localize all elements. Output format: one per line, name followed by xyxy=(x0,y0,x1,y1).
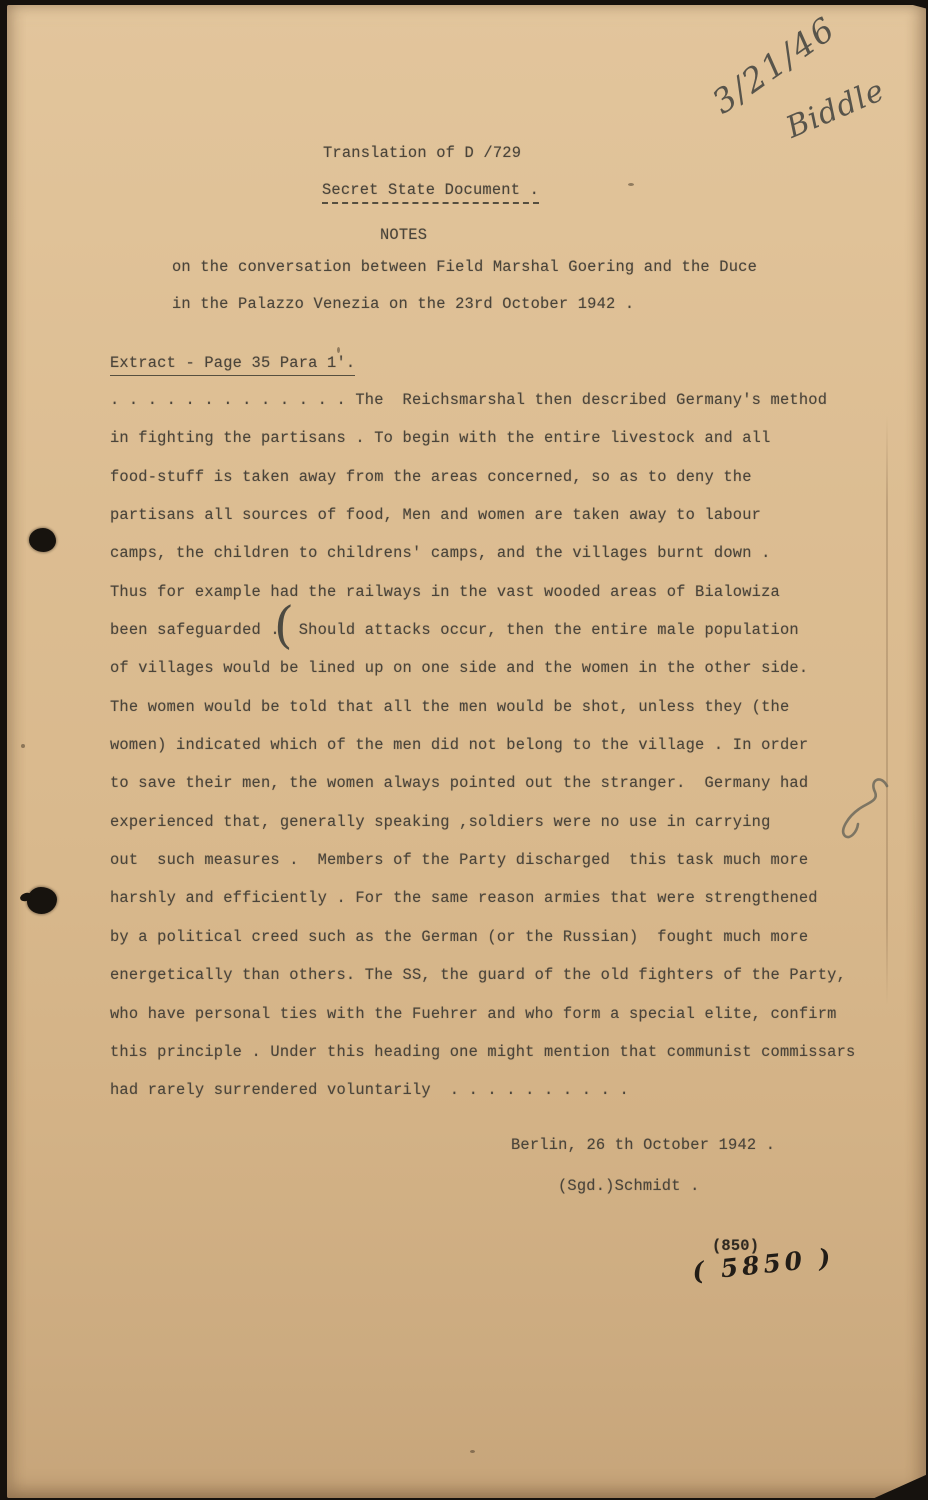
body-line: who have personal ties with the Fuehrer … xyxy=(110,995,855,1033)
translation-title: Translation of D /729 xyxy=(323,144,521,162)
punch-hole xyxy=(29,528,56,552)
body-line: energetically than others. The SS, the g… xyxy=(110,956,855,994)
subject-line: in the Palazzo Venezia on the 23rd Octob… xyxy=(172,295,634,313)
body-line: experienced that, generally speaking ,so… xyxy=(110,803,855,841)
body-line: camps, the children to childrens' camps,… xyxy=(110,534,855,572)
body-line: of villages would be lined up on one sid… xyxy=(110,649,855,687)
paper-speck xyxy=(337,347,340,353)
extract-heading: Extract - Page 35 Para 1'. xyxy=(110,354,355,376)
body-line: been safeguarded . Should attacks occur,… xyxy=(110,611,855,649)
body-line: harshly and efficiently . For the same r… xyxy=(110,879,855,917)
paper-speck xyxy=(628,183,634,186)
subject-line: on the conversation between Field Marsha… xyxy=(172,258,757,276)
handwritten-paren-mark: ( xyxy=(273,596,295,655)
notes-heading: NOTES xyxy=(380,226,427,244)
paper-speck xyxy=(470,1450,475,1453)
paper-speck xyxy=(21,744,25,748)
dateline: Berlin, 26 th October 1942 . xyxy=(511,1136,775,1154)
body-line: food-stuff is taken away from the areas … xyxy=(110,458,855,496)
body-line: The women would be told that all the men… xyxy=(110,688,855,726)
body-line: in fighting the partisans . To begin wit… xyxy=(110,419,855,457)
body-line: women) indicated which of the men did no… xyxy=(110,726,855,764)
paper-crease xyxy=(886,415,888,1005)
body-line: to save their men, the women always poin… xyxy=(110,764,855,802)
classification-heading: Secret State Document . xyxy=(322,181,539,204)
pencil-scribble xyxy=(833,772,895,860)
body-line: had rarely surrendered voluntarily . . .… xyxy=(110,1071,855,1109)
body-line: by a political creed such as the German … xyxy=(110,918,855,956)
body-line: . . . . . . . . . . . . . The Reichsmars… xyxy=(110,381,855,419)
signature-line: (Sgd.)Schmidt . xyxy=(558,1177,700,1195)
body-paragraph: . . . . . . . . . . . . . The Reichsmars… xyxy=(110,381,855,1110)
body-line: partisans all sources of food, Men and w… xyxy=(110,496,855,534)
body-line: this principle . Under this heading one … xyxy=(110,1033,855,1071)
body-line: out such measures . Members of the Party… xyxy=(110,841,855,879)
scanned-document-page: { "header": { "translation_line": "Trans… xyxy=(0,0,928,1500)
body-line: Thus for example had the railways in the… xyxy=(110,573,855,611)
